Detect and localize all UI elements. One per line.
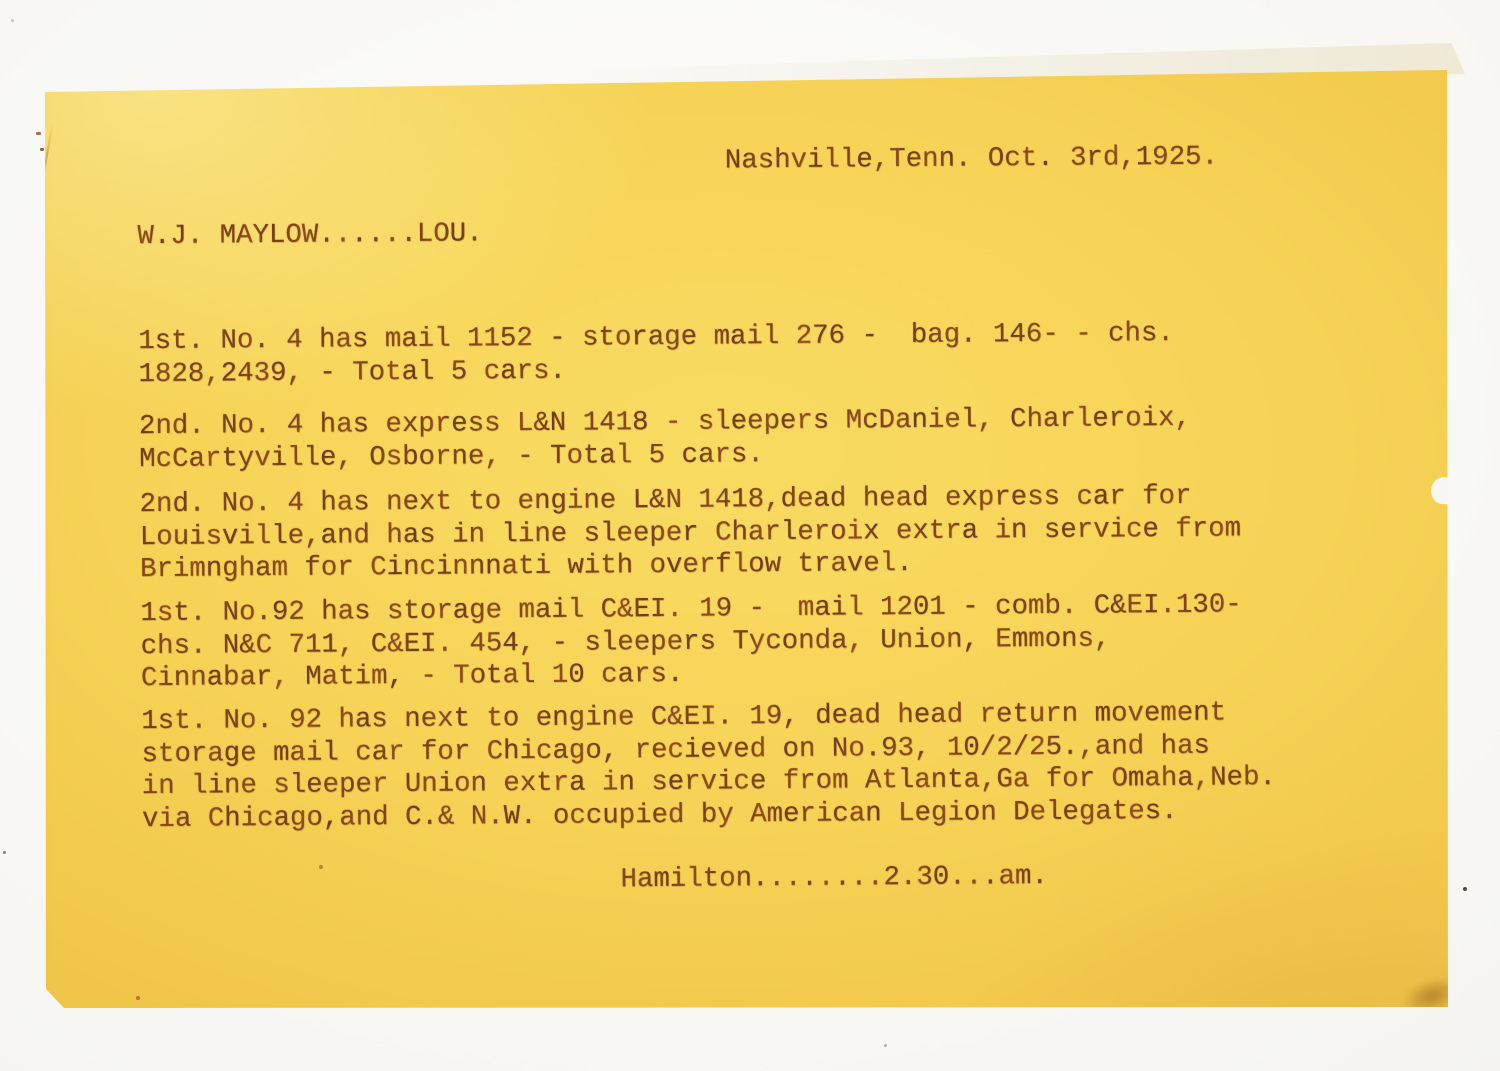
memo-paragraph: 1st. No. 92 has next to engine C&EI. 19,… (141, 697, 1276, 836)
memo-paragraph: 2nd. No. 4 has express L&N 1418 - sleepe… (139, 403, 1191, 476)
dust-speck (3, 851, 6, 854)
scan-background: Nashville,Tenn. Oct. 3rd,1925. W.J. MAYL… (0, 0, 1500, 1071)
memo-dateline: Nashville,Tenn. Oct. 3rd,1925. (725, 142, 1218, 178)
dateline-text: Nashville,Tenn. Oct. 3rd,1925. (725, 142, 1218, 178)
dust-speck (884, 1044, 887, 1047)
dust-speck (36, 132, 41, 135)
addressee-text: W.J. MAYLOW......LOU. (137, 218, 482, 253)
memo-paragraph: 1st. No.92 has storage mail C&EI. 19 - m… (140, 589, 1242, 695)
dust-speck (1463, 887, 1467, 891)
memo-addressee: W.J. MAYLOW......LOU. (137, 218, 482, 253)
memo-paragraph: 2nd. No. 4 has next to engine L&N 1418,d… (139, 480, 1241, 586)
dust-speck (40, 148, 44, 151)
memo-signature: Hamilton........2.30...am. (620, 861, 1048, 897)
signature-text: Hamilton........2.30...am. (620, 861, 1048, 897)
memo-text: Nashville,Tenn. Oct. 3rd,1925. W.J. MAYL… (0, 0, 1500, 1071)
memo-paper: Nashville,Tenn. Oct. 3rd,1925. W.J. MAYL… (0, 0, 1500, 1071)
dust-speck (11, 19, 14, 22)
memo-paragraph: 1st. No. 4 has mail 1152 - storage mail … (138, 318, 1174, 391)
